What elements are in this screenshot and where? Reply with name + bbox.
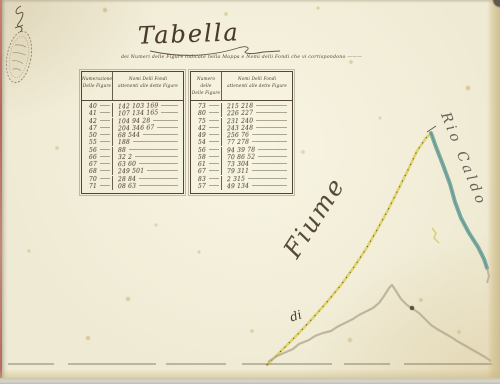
figure-number: 83 — [198, 175, 206, 182]
cell-fund-name: 256 76 — [222, 132, 292, 139]
row-rule-line — [209, 156, 219, 157]
cell-fund-name: 249 501 — [113, 168, 183, 175]
table-row: 71 08 63 — [82, 183, 183, 190]
row-rule-line — [256, 120, 287, 121]
figure-number: 56 — [89, 146, 97, 153]
cell-figure-number: 70 — [82, 176, 113, 183]
row-rule-line — [100, 170, 110, 171]
fund-name: 28 84 — [118, 175, 136, 182]
cell-figure-number: 67 — [191, 168, 222, 175]
row-rule-line — [139, 178, 178, 179]
figure-number: 70 — [89, 175, 97, 182]
table-body-right: 73 215 218 80 226 227 75 — [191, 101, 292, 193]
fund-name: 188 — [118, 139, 130, 146]
cell-fund-name: 73 304 — [222, 161, 292, 168]
header-figure-number: Numero delle Delle Figure — [191, 72, 222, 100]
table-row: 47 204 346 67 — [82, 125, 183, 132]
cell-fund-name: 107 134 165 — [113, 110, 183, 117]
fund-name: 79 311 — [227, 168, 249, 176]
row-rule-line — [100, 120, 110, 121]
row-rule-line — [209, 163, 219, 164]
row-rule-line — [100, 134, 110, 135]
cell-figure-number: 80 — [191, 110, 222, 117]
cell-figure-number: 71 — [82, 183, 113, 190]
scan-corner-top-right — [488, 0, 500, 16]
cell-fund-name: 79 311 — [222, 168, 292, 175]
row-rule-line — [209, 149, 219, 150]
row-rule-line — [100, 185, 110, 186]
row-rule-line — [143, 134, 178, 135]
table-row: 42 104 94 28 — [82, 118, 183, 125]
page-subtitle: dei Numeri delle Figure indicate nella M… — [121, 54, 362, 59]
cell-figure-number: 54 — [191, 139, 222, 146]
row-rule-line — [209, 185, 219, 186]
cell-fund-name: 243 248 — [222, 125, 292, 132]
table-row: 56 88 — [82, 147, 183, 154]
cell-fund-name: 32 2 — [113, 154, 183, 161]
table-row: 50 68 544 — [82, 132, 183, 139]
table-header: Numero delle Delle Figure Nomi Delli Fon… — [191, 72, 292, 101]
row-rule-line — [161, 112, 178, 113]
fund-name: 77 278 — [227, 139, 249, 147]
row-rule-line — [209, 134, 219, 135]
table-row: 40 142 103 169 — [82, 103, 183, 110]
row-rule-line — [248, 178, 287, 179]
figure-number: 47 — [89, 125, 97, 132]
cell-figure-number: 67 — [82, 161, 113, 168]
table-row: 70 28 84 — [82, 176, 183, 183]
cell-fund-name: 231 240 — [222, 118, 292, 125]
cell-figure-number: 61 — [191, 161, 222, 168]
cell-figure-number: 57 — [191, 183, 222, 190]
table-row: 83 2 315 — [191, 176, 292, 183]
row-rule-line — [100, 127, 110, 128]
cell-fund-name: 204 346 67 — [113, 125, 183, 132]
table-left-half: Numerazione Delle Figure Nomi Delli Fond… — [81, 71, 184, 194]
table-row: 56 94 39 78 — [191, 147, 292, 154]
cell-fund-name: 94 39 78 — [222, 147, 292, 154]
cell-fund-name: 08 63 — [113, 183, 183, 190]
row-rule-line — [256, 127, 287, 128]
cell-figure-number: 83 — [191, 176, 222, 183]
row-rule-line — [139, 185, 178, 186]
row-rule-line — [256, 105, 287, 106]
table-row: 42 243 248 — [191, 125, 292, 132]
scan-edge-top — [0, 0, 500, 3]
row-rule-line — [252, 134, 287, 135]
cell-fund-name: 88 — [113, 147, 183, 154]
figure-table: Numerazione Delle Figure Nomi Delli Fond… — [81, 71, 293, 194]
figure-number: 58 — [198, 154, 206, 161]
table-row: 68 249 501 — [82, 168, 183, 175]
cell-fund-name: 77 278 — [222, 139, 292, 146]
ink-flourish-icon — [15, 6, 23, 32]
row-rule-line — [100, 105, 110, 106]
row-rule-line — [133, 141, 178, 142]
cell-fund-name: 28 84 — [113, 176, 183, 183]
table-row: 80 226 227 — [191, 110, 292, 117]
cell-fund-name: 188 — [113, 139, 183, 146]
figure-number: 55 — [89, 139, 97, 146]
header-line: Numero delle — [191, 76, 221, 90]
header-line: Delle Figure — [82, 83, 112, 90]
header-line: Nomi Delli Fondi — [222, 76, 292, 83]
cell-figure-number: 73 — [191, 103, 222, 110]
row-rule-line — [161, 105, 178, 106]
row-rule-line — [209, 170, 219, 171]
fund-name: 88 — [118, 146, 126, 153]
row-rule-line — [157, 127, 178, 128]
cell-fund-name: 2 315 — [222, 176, 292, 183]
cell-fund-name: 63 60 — [113, 161, 183, 168]
fund-name: 249 501 — [118, 168, 144, 176]
row-rule-line — [209, 178, 219, 179]
cell-figure-number: 68 — [82, 168, 113, 175]
figure-number: 66 — [89, 154, 97, 161]
table-row: 67 79 311 — [191, 168, 292, 175]
scan-edge-left-pink — [0, 0, 2, 384]
cell-figure-number: 66 — [82, 154, 113, 161]
cell-fund-name: 104 94 28 — [113, 118, 183, 125]
cell-fund-name: 215 218 — [222, 103, 292, 110]
figure-number: 75 — [198, 117, 206, 124]
header-line: Delle Figure — [191, 90, 221, 97]
figure-number: 67 — [198, 168, 206, 175]
row-rule-line — [252, 163, 287, 164]
header-figure-number: Numerazione Delle Figure — [82, 72, 113, 100]
row-rule-line — [147, 170, 178, 171]
row-rule-line — [100, 141, 110, 142]
row-rule-line — [252, 185, 287, 186]
header-fund-names: Nomi Delli Fondi attenenti alle dette Fi… — [222, 72, 292, 100]
cell-figure-number: 55 — [82, 139, 113, 146]
cell-figure-number: 56 — [82, 147, 113, 154]
cell-figure-number: 42 — [82, 118, 113, 125]
page-title: Tabella — [138, 18, 241, 50]
terrain-wavy-line — [268, 285, 491, 362]
row-rule-line — [256, 112, 287, 113]
row-rule-line — [135, 156, 178, 157]
table-row: 58 70 86 52 — [191, 154, 292, 161]
row-rule-line — [252, 170, 287, 171]
figure-number: 68 — [89, 168, 97, 175]
scan-edge-left — [2, 0, 8, 384]
table-row: 54 77 278 — [191, 139, 292, 146]
figure-number: 42 — [89, 117, 97, 124]
figure-number: 80 — [198, 110, 206, 117]
row-rule-line — [153, 120, 178, 121]
row-rule-line — [209, 105, 219, 106]
antique-map-scan: Tabella dei Numeri delle Figure indicate… — [0, 0, 500, 384]
row-rule-line — [209, 120, 219, 121]
header-line: Numerazione — [82, 76, 112, 83]
row-rule-line — [100, 112, 110, 113]
table-header: Numerazione Delle Figure Nomi Delli Fond… — [82, 72, 183, 101]
cell-figure-number: 50 — [82, 132, 113, 139]
figure-number: 57 — [198, 183, 206, 190]
fund-name: 49 134 — [227, 183, 249, 191]
table-body-left: 40 142 103 169 41 107 134 165 42 — [82, 101, 183, 193]
fund-name: 08 63 — [118, 183, 136, 190]
row-rule-line — [100, 149, 110, 150]
figure-number: 42 — [198, 125, 206, 132]
stream-squiggle — [432, 228, 439, 243]
row-rule-line — [139, 163, 178, 164]
cell-figure-number: 42 — [191, 125, 222, 132]
fund-name: 226 227 — [227, 110, 253, 118]
table-row: 41 107 134 165 — [82, 110, 183, 117]
cell-figure-number: 56 — [191, 147, 222, 154]
cell-figure-number: 40 — [82, 103, 113, 110]
row-rule-line — [209, 112, 219, 113]
figure-number: 54 — [198, 139, 206, 146]
row-rule-line — [209, 141, 219, 142]
row-rule-line — [252, 141, 287, 142]
cell-figure-number: 49 — [191, 132, 222, 139]
cell-figure-number: 47 — [82, 125, 113, 132]
figure-number: 71 — [89, 183, 97, 190]
cell-fund-name: 49 134 — [222, 183, 292, 190]
cell-fund-name: 70 86 52 — [222, 154, 292, 161]
cell-fund-name: 226 227 — [222, 110, 292, 117]
cell-figure-number: 75 — [191, 118, 222, 125]
row-rule-line — [100, 178, 110, 179]
header-line: attenenti alle dette Figure — [113, 83, 183, 90]
table-row: 75 231 240 — [191, 118, 292, 125]
figure-number: 56 — [198, 146, 206, 153]
header-fund-names: Nomi Delli Fondi attenenti alle dette Fi… — [113, 72, 183, 100]
table-row: 57 49 134 — [191, 183, 292, 190]
header-line: Nomi Delli Fondi — [113, 76, 183, 83]
cell-figure-number: 41 — [82, 110, 113, 117]
row-rule-line — [209, 127, 219, 128]
figure-number: 41 — [89, 110, 97, 117]
row-rule-line — [100, 156, 110, 157]
row-rule-line — [100, 163, 110, 164]
fund-name: 2 315 — [227, 175, 245, 182]
row-rule-line — [258, 149, 287, 150]
ink-blot — [410, 306, 415, 311]
table-right-half: Numero delle Delle Figure Nomi Delli Fon… — [190, 71, 293, 194]
cell-figure-number: 58 — [191, 154, 222, 161]
table-row: 55 188 — [82, 139, 183, 146]
scan-edge-bottom — [0, 378, 500, 384]
scan-edge-right — [487, 0, 500, 384]
row-rule-line — [258, 156, 287, 157]
row-rule-line — [129, 149, 178, 150]
scan-edge-bottom-tan — [0, 369, 500, 378]
header-line: attenenti alle dette Figure — [222, 83, 292, 90]
